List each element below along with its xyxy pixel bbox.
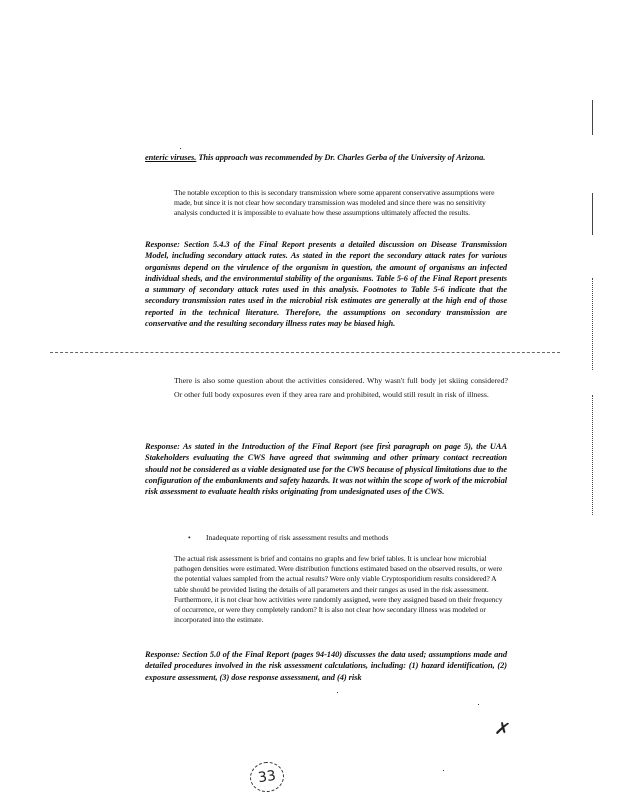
scan-speck <box>443 770 444 771</box>
scan-speck <box>388 442 389 443</box>
scan-speck <box>478 704 479 705</box>
response-section-5: Response: Section 5.0 of the Final Repor… <box>145 649 507 683</box>
dashed-divider <box>50 352 560 353</box>
bullet-item: •Inadequate reporting of risk assessment… <box>188 533 388 542</box>
scan-edge-line <box>592 193 593 235</box>
paragraph-enteric-viruses: enteric viruses. This approach was recom… <box>145 152 507 163</box>
comment-inadequate-reporting: The actual risk assessment is brief and … <box>174 554 509 625</box>
scan-speck <box>337 692 338 693</box>
bullet-icon: • <box>188 533 206 542</box>
handwritten-mark-icon: ✗ <box>493 718 512 742</box>
paragraph-text: This approach was recommended by Dr. Cha… <box>196 153 485 162</box>
scan-speck <box>180 148 181 149</box>
scan-edge-line <box>592 395 593 515</box>
page-number: 33 <box>248 760 286 794</box>
response-text: Section 5.0 of the Final Report (pages 9… <box>145 650 507 682</box>
comment-activities: There is also some question about the ac… <box>174 374 508 402</box>
underlined-lead: enteric viruses. <box>145 153 196 162</box>
response-secondary-attack-rates: Response: Section 5.4.3 of the Final Rep… <box>145 239 507 329</box>
response-label: Response: <box>145 442 180 451</box>
response-text: As stated in the Introduction of the Fin… <box>145 442 507 496</box>
comment-secondary-transmission: The notable exception to this is seconda… <box>174 188 509 219</box>
response-label: Response: <box>145 650 180 659</box>
response-label: Response: <box>145 240 180 249</box>
scan-edge-line <box>592 100 593 135</box>
scan-edge-line <box>592 278 593 370</box>
bullet-text: Inadequate reporting of risk assessment … <box>206 533 388 542</box>
response-designated-uses: Response: As stated in the Introduction … <box>145 441 507 497</box>
document-page: enteric viruses. This approach was recom… <box>0 0 619 800</box>
response-text: Section 5.4.3 of the Final Report presen… <box>145 240 507 328</box>
scan-speck <box>225 540 226 541</box>
